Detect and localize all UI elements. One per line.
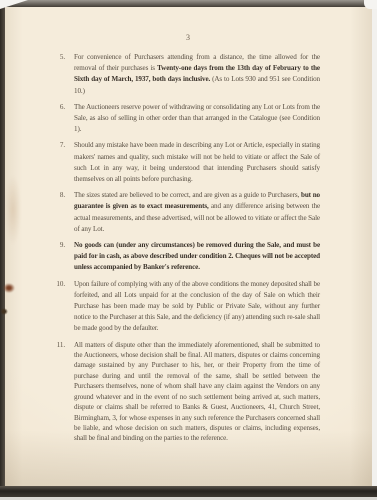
scanned-page: 3 5.For convenience of Purchasers attend… bbox=[0, 0, 377, 500]
condition-item: 11.All matters of dispute other than the… bbox=[50, 340, 320, 444]
condition-item: 5.For convenience of Purchasers attendin… bbox=[50, 52, 320, 97]
stain-mark bbox=[3, 283, 15, 293]
condition-text: The Auctioneers reserve power of withdra… bbox=[74, 102, 320, 136]
condition-text: Should any mistake have been made in des… bbox=[74, 140, 320, 185]
condition-item: 7.Should any mistake have been made in d… bbox=[50, 140, 320, 185]
stain-mark bbox=[0, 308, 8, 315]
condition-text: For convenience of Purchasers attending … bbox=[74, 52, 320, 97]
condition-item: 8.The sizes stated are believed to be co… bbox=[50, 190, 320, 235]
scan-edge-bottom bbox=[0, 486, 377, 497]
condition-text: All matters of dispute other than the im… bbox=[74, 340, 320, 444]
condition-item: 6.The Auctioneers reserve power of withd… bbox=[50, 102, 320, 136]
stain-mark bbox=[5, 175, 21, 245]
page-content: 3 5.For convenience of Purchasers attend… bbox=[4, 5, 372, 449]
condition-number: 11. bbox=[50, 340, 65, 444]
condition-number: 7. bbox=[50, 140, 65, 185]
conditions-list: 5.For convenience of Purchasers attendin… bbox=[4, 52, 372, 444]
condition-text: The sizes stated are believed to be corr… bbox=[74, 190, 320, 235]
condition-text: No goods can (under any circumstances) b… bbox=[74, 240, 320, 274]
condition-number: 10. bbox=[50, 279, 65, 335]
condition-number: 8. bbox=[50, 190, 65, 235]
condition-number: 5. bbox=[50, 52, 65, 97]
condition-number: 9. bbox=[50, 240, 65, 274]
condition-item: 10.Upon failure of complying with any of… bbox=[50, 279, 320, 335]
condition-item: 9.No goods can (under any circumstances)… bbox=[50, 240, 320, 274]
condition-number: 6. bbox=[50, 102, 65, 136]
page-number: 3 bbox=[4, 34, 372, 42]
condition-text: Upon failure of complying with any of th… bbox=[74, 279, 320, 335]
